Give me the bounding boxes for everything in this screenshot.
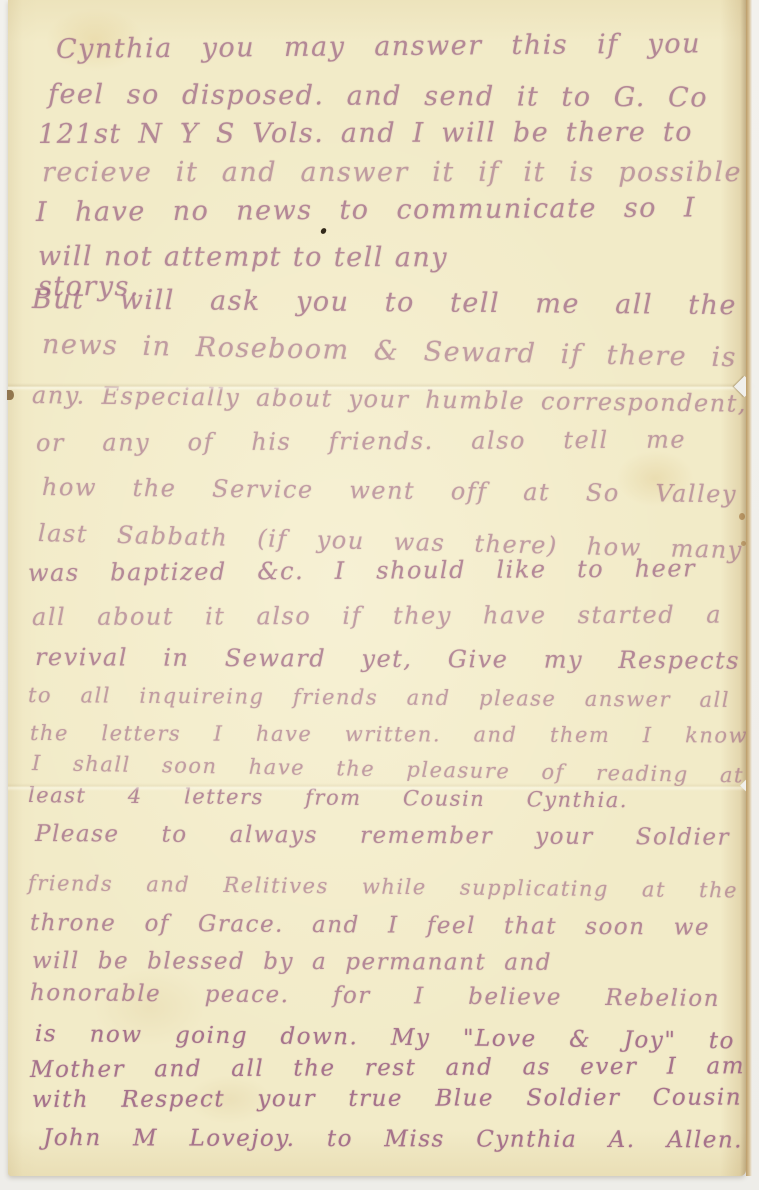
letter-line: throne of Grace. and I feel that soon we [30,911,710,941]
letter-line: But will ask you to tell me all the [32,285,737,321]
letter-page: Cynthia you may answer this if you feel … [8,0,746,1176]
letter-line: I have no news to communicate so I [36,193,696,227]
letter-line: Please to always remember your Soldier [35,822,730,851]
letter-signature-line: John M Lovejoy. to Miss Cynthia A. Allen… [43,1126,743,1154]
letter-line: Cynthia you may answer this if you [56,29,701,64]
letter-line: with Respect your true Blue Soldier Cous… [32,1086,742,1114]
letter-line: or any of his friends. also tell me [36,427,686,457]
letter-line: Mother and all the rest and as ever I am [30,1054,745,1083]
letter-line: feel so disposed. and send it to G. Co [48,80,708,113]
rust-spot [739,513,745,520]
letter-line: 121st N Y S Vols. and I will be there to [38,118,693,150]
letter-line: to all inquireing friends and please ans… [28,684,730,712]
letter-line: is now going down. My "Love & Joy" to [35,1022,735,1055]
letter-line: least 4 letters from Cousin Cynthia. [28,784,628,812]
letter-line: all about it also if they have started a [32,602,722,631]
paper-edge [746,0,752,1176]
letter-line: friends and Relitives while supplicating… [28,872,738,903]
letter-scan: Cynthia you may answer this if you feel … [0,0,759,1190]
letter-line: news in Roseboom & Seward if there is [42,330,737,373]
letter-line: will be blessed by a permanant and [32,949,552,976]
paper-nick [7,390,14,400]
letter-line: how the Service went off at So Valley [42,474,737,508]
letter-line: recieve it and answer it if it is possib… [42,158,742,188]
ink-fleck [320,227,327,234]
letter-line: honorable peace. for I believe Rebelion [30,981,720,1012]
letter-line: was baptized &c. I should like to heer [28,555,696,586]
letter-line: I shall soon have the pleasure of readin… [32,752,744,788]
letter-line: the letters I have written. and them I k… [30,722,748,748]
letter-line: revival in Seward yet, Give my Respects [35,644,740,674]
letter-line: any. Especially about your humble corres… [32,382,747,417]
